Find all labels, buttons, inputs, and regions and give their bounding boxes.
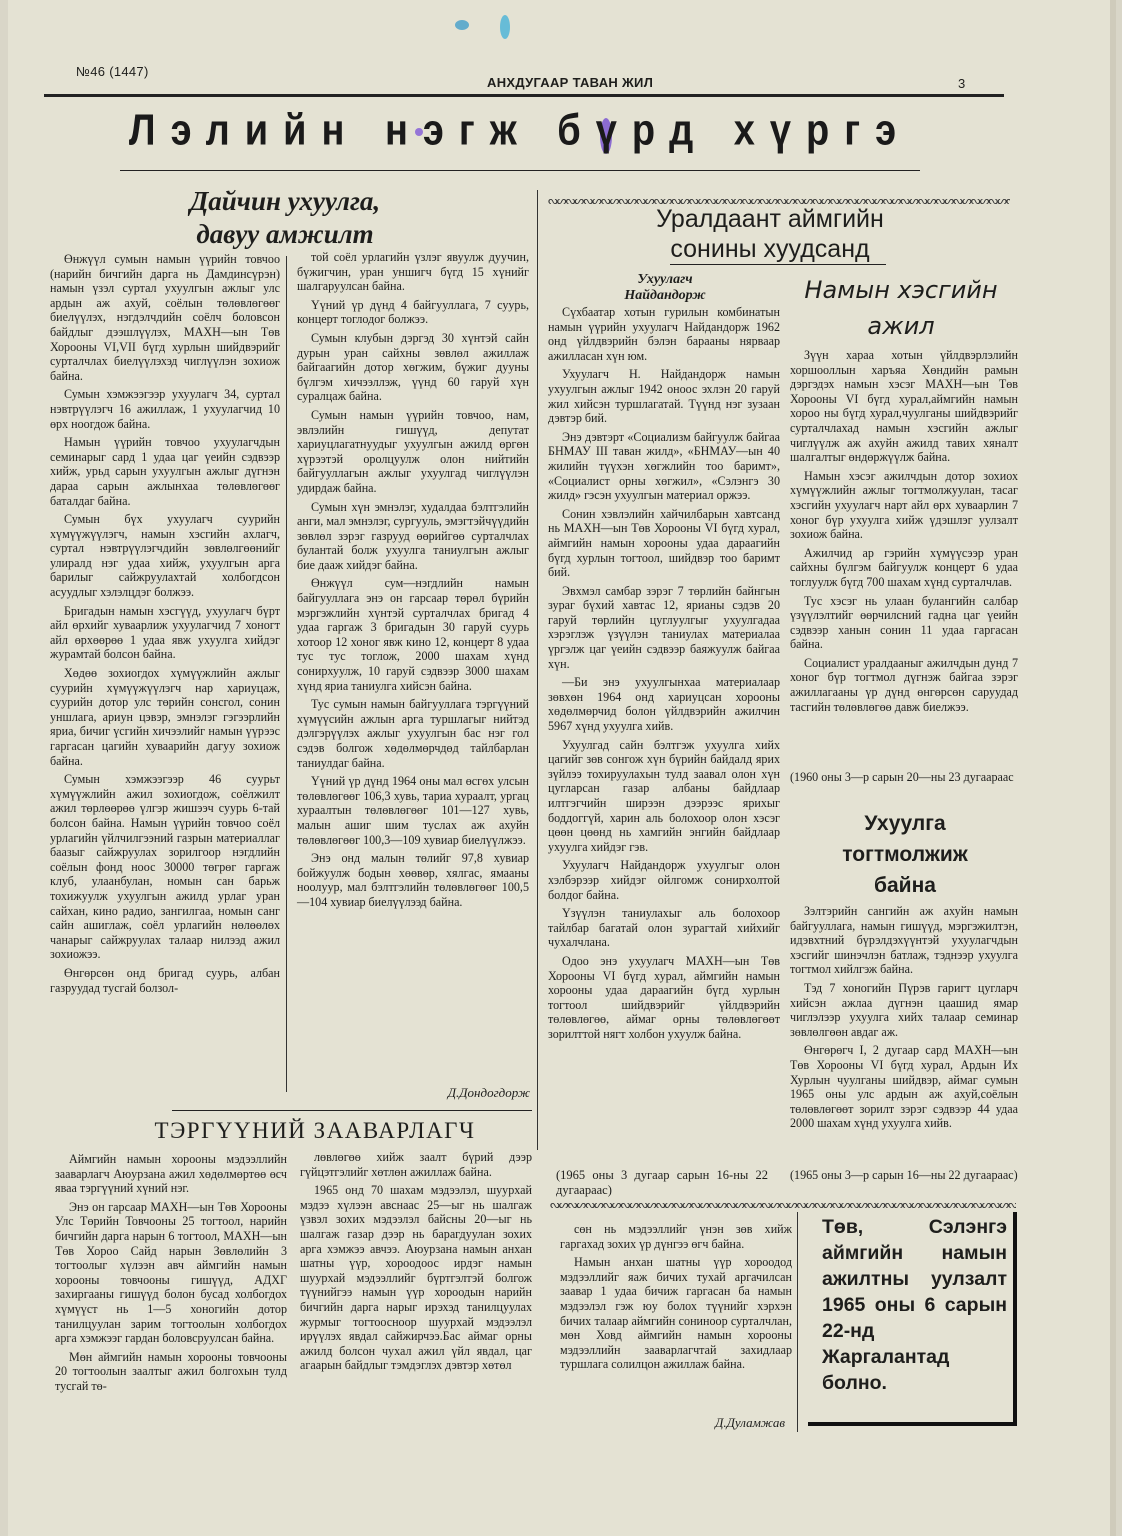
ornament-border: ᔓᔕᔓᔕᔓᔕᔓᔕᔓᔕᔓᔕᔓᔕᔓᔕᔓᔕᔓᔕᔓᔕᔓᔕᔓᔕᔓᔕᔓᔕᔓᔕᔓᔕᔓᔕᔓᔕᔓᔕ… — [550, 1200, 1016, 1210]
article4-title: Ухуулга тогтмолжиж байна — [790, 808, 1020, 901]
paragraph: Тус хэсэг нь улаан булангийн салбар үзүү… — [790, 594, 1018, 652]
paragraph: Сумын намын үүрийн товчоо, нам, эвлэлийн… — [297, 408, 529, 496]
paragraph: Намын анхан шатны үүр хороодод мэдээллий… — [560, 1255, 792, 1372]
paragraph: Мөн аймгийн намын хорооны товчооны 20 то… — [55, 1350, 287, 1394]
paragraph: Сумын хүн эмнэлэг, худалдаа бэлтгэлийн а… — [297, 500, 529, 573]
paragraph: —Би энэ ухуулгынхаа материалаар зөвхөн 1… — [548, 675, 780, 733]
article1-title-line1: Дайчин ухуулга, — [115, 185, 455, 218]
paragraph: Өнжүүл сум—нэгдлийн намын байгууллага эн… — [297, 576, 529, 693]
article5-column3: сөн нь мэдээллийг үнэн зөв хийж гаргахад… — [560, 1222, 792, 1372]
ink-stain — [455, 20, 469, 30]
article5-title: ТЭРГҮҮНИЙ ЗААВАРЛАГЧ — [130, 1118, 500, 1144]
article5-column2: лөвлөгөө хийж заалт бүрий дээр гүйцэтгэл… — [300, 1150, 532, 1373]
article3-title-line2: ажил — [786, 308, 1016, 344]
article1-title-line2: давуу амжилт — [115, 218, 455, 251]
paragraph: Үзүүлэн таниулахыг аль болохоор тайлбар … — [548, 906, 780, 950]
paragraph: Зүүн хараа хотын үйлдвэрлэлийн хоршооллы… — [790, 348, 1018, 465]
article3-title-line1: Намын хэсгийн — [786, 272, 1016, 308]
paragraph: Зэлтэрийн сангийн аж ахуйн намын байгуул… — [790, 904, 1018, 977]
article2-title-line2: Найдандорж — [550, 288, 780, 304]
paragraph: Өнгөрөгч I, 2 дугаар сард МАХН—ын Төв Хо… — [790, 1043, 1018, 1131]
article1-column1: Өнжүүл сумын намын үүрийн товчоо (нарийн… — [50, 252, 280, 995]
article4-title-line1: Ухуулга — [790, 808, 1020, 839]
article3-body: Зүүн хараа хотын үйлдвэрлэлийн хоршооллы… — [790, 348, 1018, 714]
section-title: Уралдаант аймгийн сонины хуудсанд — [600, 204, 940, 264]
paragraph: Өнгөрсөн онд бригад суурь, албан газрууд… — [50, 966, 280, 995]
article2-body: Сүхбаатар хотын гурилын комбинатын намын… — [548, 305, 780, 1042]
paragraph: Энэ он гарсаар МАХН—ын Төв Хорооны Улс Т… — [55, 1200, 287, 1346]
masthead-rule — [44, 94, 1004, 97]
article4-body: Зэлтэрийн сангийн аж ахуйн намын байгуул… — [790, 904, 1018, 1131]
paragraph: Үүний үр дүнд 1964 оны мал өсгөх улсын т… — [297, 774, 529, 847]
paragraph: Социалист уралдааныг ажилчдын дунд 7 хон… — [790, 656, 1018, 714]
main-headline: Лэлийн нэгж бүрд хүргэ — [115, 107, 925, 156]
paragraph: Сумын хэмжээгээр 46 суурьт хүмүүжлийн аж… — [50, 772, 280, 962]
column-divider — [797, 1212, 798, 1432]
article5-signature: Д.Дуламжав — [620, 1415, 785, 1431]
headline-underline — [120, 170, 920, 171]
column-divider — [286, 256, 287, 1092]
paragraph: Үүний үр дүнд 4 байгууллага, 7 суурь, ко… — [297, 298, 529, 327]
article2-source: (1965 оны 3 дугаар сарын 16-ны 22 дугаар… — [556, 1168, 768, 1197]
running-title: АНХДУГААР ТАВАН ЖИЛ — [487, 75, 653, 90]
section-underline — [670, 264, 886, 265]
announcement-box: Төв, Сэлэнгэ аймгийн намын ажилтны уулза… — [808, 1212, 1017, 1426]
paragraph: Энэ онд малын төлийг 97,8 хувиар бойжуул… — [297, 851, 529, 909]
paragraph: Бригадын намын хэсгүүд, ухуулагч бүрт ай… — [50, 604, 280, 662]
paragraph: Ухуулагч Найдандорж ухуулгыг олон хэлбэр… — [548, 858, 780, 902]
paragraph: Сонин хэвлэлийн хайчилбарын хавтсанд нь … — [548, 507, 780, 580]
paragraph: Намын үүрийн товчоо ухуулагчдын семинары… — [50, 435, 280, 508]
paragraph: Сумын бүх ухуулагч суурийн хүмүүжүүлэгч,… — [50, 512, 280, 600]
article3-source: (1960 оны 3—р сарын 20—ны 23 дугаараас — [790, 770, 1018, 785]
article2-title-line1: Ухуулагч — [550, 272, 780, 288]
paragraph: Сумын клубын дэргэд 30 хүнтэй сайн дурын… — [297, 331, 529, 404]
article1-column2: той соёл урлагийн үзлэг явуулж дуучин, б… — [297, 250, 529, 910]
divider-rule — [172, 1110, 532, 1111]
article5-column1: Аймгийн намын хорооны мэдээллийн зааварл… — [55, 1152, 287, 1394]
paragraph: Сумын хэмжээгээр ухуулагч 34, суртал нэв… — [50, 387, 280, 431]
article3-title: Намын хэсгийн ажил — [786, 272, 1016, 344]
article1-signature: Д.Дондогдорж — [380, 1085, 530, 1101]
paragraph: Ухуулагч Н. Найдандорж намын ухуулгын аж… — [548, 367, 780, 425]
issue-number: №46 (1447) — [76, 64, 149, 79]
ink-stain — [500, 15, 510, 39]
column-divider — [537, 190, 538, 1150]
paragraph: 1965 онд 70 шахам мэдээлэл, шуурхай мэдэ… — [300, 1183, 532, 1373]
section-title-line1: Уралдаант аймгийн — [600, 204, 940, 234]
paragraph: Ажилчид ар гэрийн хүмүүсээр уран сайхны … — [790, 546, 1018, 590]
paragraph: той соёл урлагийн үзлэг явуулж дуучин, б… — [297, 250, 529, 294]
article4-title-line2: тогтмолжиж — [790, 839, 1020, 870]
page-number: 3 — [958, 76, 966, 91]
paragraph: Эвхмэл самбар зэрэг 7 төрлийн байнгын зу… — [548, 584, 780, 672]
paragraph: сөн нь мэдээллийг үнэн зөв хийж гаргахад… — [560, 1222, 792, 1251]
paragraph: Ухуулгад сайн бэлтгэж ухуулга хийх цагий… — [548, 738, 780, 855]
section-title-line2: сонины хуудсанд — [600, 234, 940, 264]
article4-title-line3: байна — [790, 870, 1020, 901]
paragraph: Тус сумын намын байгууллага тэргүүний хү… — [297, 697, 529, 770]
paragraph: Намын хэсэг ажилчдын дотор зохиох хүмүүж… — [790, 469, 1018, 542]
paragraph: лөвлөгөө хийж заалт бүрий дээр гүйцэтгэл… — [300, 1150, 532, 1179]
paragraph: Хөдөө зохиогдох хүмүүжлийн ажлыг суурийн… — [50, 666, 280, 768]
paragraph: Аймгийн намын хорооны мэдээллийн зааварл… — [55, 1152, 287, 1196]
announcement-text: Төв, Сэлэнгэ аймгийн намын ажилтны уулза… — [808, 1212, 1013, 1396]
paragraph: Өнжүүл сумын намын үүрийн товчоо (нарийн… — [50, 252, 280, 383]
paragraph: Тэд 7 хоногийн Пүрэв гаригт цугларч хийс… — [790, 981, 1018, 1039]
paragraph: Сүхбаатар хотын гурилын комбинатын намын… — [548, 305, 780, 363]
paragraph: Одоо энэ ухуулагч МАХН—ын Төв Хорооны VI… — [548, 954, 780, 1042]
article2-title: Ухуулагч Найдандорж — [550, 272, 780, 304]
article1-title: Дайчин ухуулга, давуу амжилт — [115, 185, 455, 251]
article4-source: (1965 оны 3—р сарын 16—ны 22 дугаараас) — [790, 1168, 1018, 1183]
paragraph: Энэ дэвтэрт «Социализм байгуулж байгаа Б… — [548, 430, 780, 503]
